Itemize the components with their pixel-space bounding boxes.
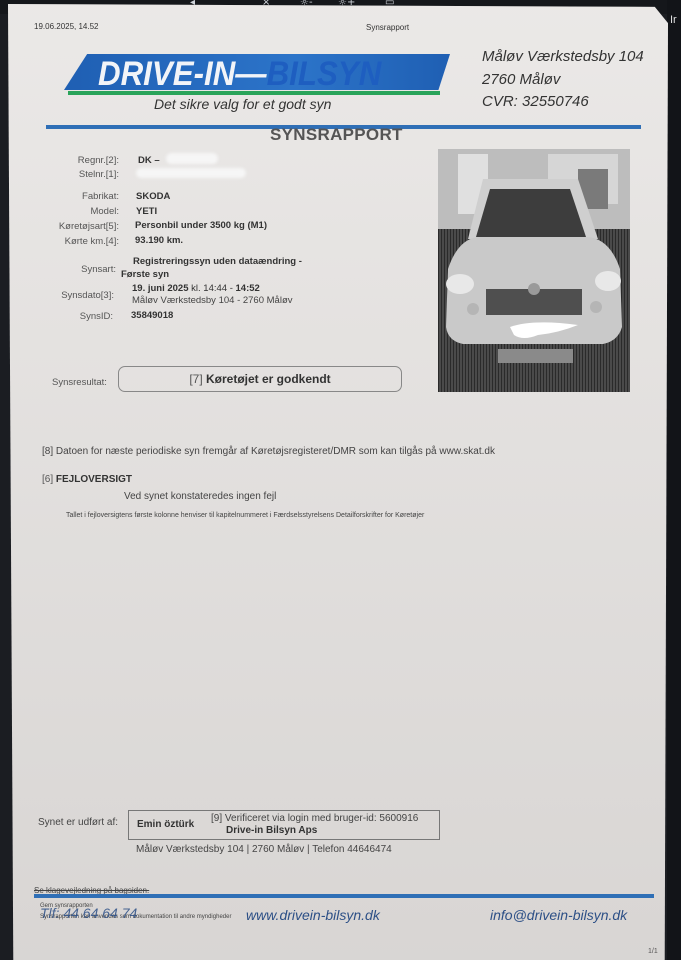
company-address-line2: 2760 Måløv <box>482 71 560 88</box>
footer-divider <box>34 894 654 898</box>
company-logo: DRIVE-IN—BILSYN <box>64 54 454 98</box>
fabrikat-label: Fabrikat: <box>8 191 119 202</box>
company-address-line1: Måløv Værkstedsby 104 <box>482 48 644 65</box>
regnr-label: Regnr.[2]: <box>8 155 119 166</box>
logo-part1: DRIVE-IN <box>98 55 235 93</box>
footer-website[interactable]: www.drivein-bilsyn.dk <box>246 907 380 923</box>
koretojsart-value: Personbil under 3500 kg (M1) <box>135 220 267 231</box>
performed-by-label: Synet er udført af: <box>38 817 118 828</box>
page-number: 1/1 <box>648 948 658 955</box>
synsart-value-line1: Registreringssyn uden dataændring - <box>133 256 302 267</box>
fabrikat-value: SKODA <box>136 191 170 202</box>
regnr-value: DK – <box>138 155 160 166</box>
redacted-stelnr <box>136 168 246 178</box>
synsdato-value: 19. juni 2025 kl. 14:44 - 14:52 <box>132 283 260 294</box>
result-text: Køretøjet er godkendt <box>206 372 331 386</box>
km-value: 93.190 km. <box>135 235 183 246</box>
km-label: Kørte km.[4]: <box>8 236 119 247</box>
synsid-value: 35849018 <box>131 310 173 321</box>
report-title: SYNSRAPPORT <box>270 125 403 145</box>
logo-tagline: Det sikre valg for et godt syn <box>154 96 331 112</box>
synsart-label: Synsart: <box>8 264 116 275</box>
fault-footnote: Tallet i fejloversigtens første kolonne … <box>66 512 424 519</box>
print-timestamp: 19.06.2025, 14.52 <box>34 22 99 31</box>
fault-overview-heading: [6] FEJLOVERSIGT <box>42 474 132 485</box>
footer-email[interactable]: info@drivein-bilsyn.dk <box>490 907 627 923</box>
vehicle-photo <box>438 149 630 392</box>
company-contact-line: Måløv Værkstedsby 104 | 2760 Måløv | Tel… <box>136 844 392 855</box>
company-name: Drive-in Bilsyn Aps <box>226 825 317 836</box>
koretojsart-label: Køretøjsart[5]: <box>8 221 119 232</box>
next-inspection-note: [8] Datoen for næste periodiske syn frem… <box>42 446 495 457</box>
print-title: Synsrapport <box>366 23 409 32</box>
stelnr-label: Stelnr.[1]: <box>8 169 119 180</box>
background-edge: Ir <box>667 0 681 960</box>
synsid-label: SynsID: <box>8 311 113 322</box>
synsdato-label: Synsdato[3]: <box>8 290 114 301</box>
logo-part2: BILSYN <box>267 55 382 93</box>
model-value: YETI <box>136 206 157 217</box>
synsdato-end: 14:52 <box>236 283 260 294</box>
fault-code: [6] <box>42 474 53 485</box>
signature-box: Emin öztürk [9] Verificeret via login me… <box>128 810 440 840</box>
result-code: [7] <box>189 372 202 386</box>
synsdato-date: 19. juni 2025 <box>132 283 189 294</box>
result-label: Synsresultat: <box>52 377 107 388</box>
inspector-name: Emin öztürk <box>137 819 194 830</box>
synsart-value-line2: Første syn <box>121 269 169 280</box>
company-cvr: CVR: 32550746 <box>482 93 589 110</box>
fault-title: FEJLOVERSIGT <box>56 474 132 485</box>
result-box: [7] Køretøjet er godkendt <box>118 366 402 392</box>
synsdato-kl: kl. 14:44 - <box>191 283 233 294</box>
redacted-regnr <box>166 153 218 164</box>
inspection-report-paper: 19.06.2025, 14.52 Synsrapport DRIVE-IN—B… <box>8 4 668 960</box>
fault-none-text: Ved synet konstateredes ingen fejl <box>124 491 276 502</box>
synsdato-place: Måløv Værkstedsby 104 - 2760 Måløv <box>132 295 293 306</box>
footer-phone: Tlf: 44 64 64 74 <box>40 905 137 921</box>
verification-text: [9] Verificeret via login med bruger-id:… <box>211 813 418 824</box>
model-label: Model: <box>8 206 119 217</box>
